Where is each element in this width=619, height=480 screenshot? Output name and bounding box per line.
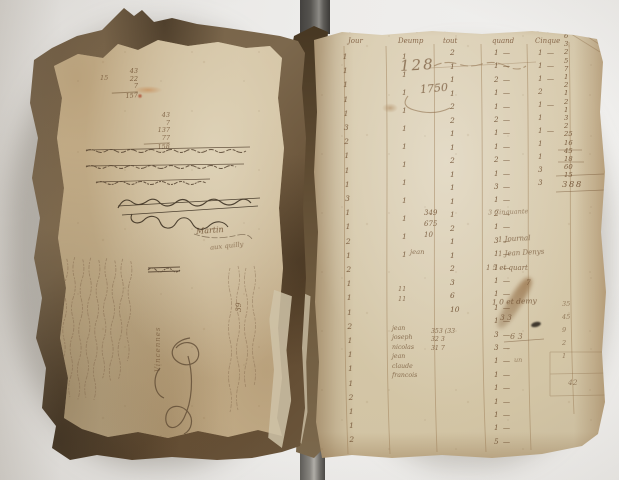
struck-out-lines bbox=[86, 147, 250, 185]
name-entry: jean bbox=[392, 324, 417, 333]
ledger-mark: 2 bbox=[346, 263, 351, 277]
ledger-mark: 1 bbox=[346, 220, 351, 234]
ledger-mark: 1 — bbox=[494, 86, 511, 99]
ledger-mark: 3 — bbox=[494, 328, 511, 341]
margin-number: 2 bbox=[562, 337, 570, 350]
monogram-flourish bbox=[155, 338, 199, 434]
faint-header-4: quand bbox=[494, 28, 511, 34]
martin-flourish bbox=[194, 234, 252, 239]
mid-sum: 349 bbox=[424, 208, 437, 219]
ledger-mark: 3 bbox=[538, 163, 555, 176]
margin-number: 1 bbox=[564, 106, 573, 114]
ledger-mark: 1 bbox=[345, 206, 350, 220]
ledger-mark: 1 — bbox=[494, 126, 511, 139]
ledger-mark: 1 bbox=[538, 150, 555, 163]
ledger-mark: 1 bbox=[450, 168, 460, 182]
ledger-mark: 1 bbox=[450, 249, 460, 263]
margin-number: 18 bbox=[564, 155, 573, 163]
annotation-63: 6 3 bbox=[510, 332, 523, 341]
name-sum: 353 (33 bbox=[431, 328, 455, 336]
faded-vertical-script-right bbox=[229, 266, 256, 412]
ledger-mark: 2 bbox=[450, 100, 460, 114]
ledger-mark: 2 bbox=[450, 154, 460, 168]
margin-number: 6 bbox=[564, 32, 573, 40]
margin-number: 2 bbox=[564, 48, 573, 56]
ledger-mark: 1 bbox=[450, 73, 460, 87]
ledger-mark: 1 bbox=[402, 156, 407, 174]
ledger-mark: 1 — bbox=[538, 59, 555, 72]
margin-number: 2 bbox=[564, 98, 573, 106]
ledger-mark: 2 bbox=[450, 114, 460, 128]
heavy-signature-scribble bbox=[118, 198, 260, 229]
ledger-mark: 2 — bbox=[494, 153, 511, 166]
faint-header-3: tout bbox=[444, 28, 455, 34]
ledger-mark: 1 bbox=[346, 249, 351, 263]
ledger-mark: 1 bbox=[344, 107, 349, 121]
ledger-mark: 2 bbox=[450, 46, 460, 60]
ledger-mark: 1 — bbox=[494, 167, 511, 180]
ledger-mark: 1 bbox=[348, 362, 353, 376]
left-page-ink-scribbles-svg bbox=[48, 38, 286, 444]
ledger-mark: 2 bbox=[348, 391, 353, 405]
margin-number: 15 bbox=[564, 171, 573, 179]
ledger-mark: 1 bbox=[347, 291, 352, 305]
ledger-mark: 1 — bbox=[494, 140, 511, 153]
ledger-mark: 1 bbox=[402, 102, 407, 120]
mid-sum: 10 bbox=[424, 230, 437, 241]
faint-header-2: Deump bbox=[400, 28, 420, 34]
ledger-mark: 1 — bbox=[538, 46, 555, 59]
left-page-cover: 15 43 22 7 157 43 7 137 77 158 Martin au… bbox=[22, 8, 307, 468]
ledger-mark: 1 bbox=[343, 93, 348, 107]
annotation-et-demy: 1 0 et demy bbox=[492, 296, 537, 307]
ledger-column-2: 111111111111 bbox=[402, 48, 407, 264]
ledger-mark: 3 bbox=[538, 176, 555, 189]
ledger-mark: 1 — bbox=[538, 98, 555, 111]
ledger-mark: 3 — bbox=[494, 341, 511, 354]
name-entry: claude bbox=[392, 362, 417, 371]
margin-number: 1 bbox=[564, 89, 573, 97]
ledger-mark: 1 — bbox=[494, 354, 511, 367]
ledger-column-2-sub: 1111 bbox=[398, 284, 406, 304]
ledger-mark: 2 bbox=[344, 135, 349, 149]
ledger-mark: 2 bbox=[347, 320, 352, 334]
ledger-mark: 1 bbox=[402, 84, 407, 102]
name-sum: 31 7 bbox=[431, 345, 455, 353]
name-entry: nicolas bbox=[392, 343, 417, 352]
ledger-mark: 1 bbox=[344, 149, 349, 163]
annotation-jean: jean bbox=[410, 248, 425, 256]
ledger-mark: 1 — bbox=[494, 220, 511, 233]
margin-number: 45 bbox=[562, 311, 570, 324]
ledger-mark: 1 bbox=[402, 48, 407, 66]
ledger-mark: 1 — bbox=[494, 59, 511, 72]
ledger-mark: 2 — bbox=[494, 113, 511, 126]
ledger-mark: 2 bbox=[346, 235, 351, 249]
ledger-mark: 1 bbox=[450, 181, 460, 195]
ledger-mark: 1 bbox=[450, 235, 460, 249]
ledger-mark: 1 — bbox=[494, 46, 511, 59]
annotation-un: un bbox=[514, 356, 522, 364]
ledger-mark: 1 — bbox=[494, 193, 511, 206]
faded-vertical-script-block bbox=[60, 257, 132, 401]
ledger-column-5: 1 —1 —1 —21 —11 —1133 bbox=[538, 46, 555, 189]
ledger-mark: 3 bbox=[450, 276, 460, 290]
left-page-parchment: 15 43 22 7 157 43 7 137 77 158 Martin au… bbox=[48, 38, 286, 444]
ledger-mark: 1 — bbox=[494, 421, 511, 434]
margin-number: 25 bbox=[564, 130, 573, 138]
ledger-mark: 2 bbox=[538, 85, 555, 98]
ledger-mark: 1 bbox=[450, 60, 460, 74]
photo-of-open-manuscript: 15 43 22 7 157 43 7 137 77 158 Martin au… bbox=[0, 0, 619, 480]
ledger-mark: 1 — bbox=[494, 408, 511, 421]
margin-number: 1 bbox=[564, 73, 573, 81]
column-header-jour: Jour bbox=[348, 37, 363, 45]
ledger-mark: 1 bbox=[343, 64, 348, 78]
margin-number: 3 bbox=[564, 40, 573, 48]
ledger-mark: 1 — bbox=[494, 100, 511, 113]
name-entry: francois bbox=[392, 371, 417, 380]
ledger-mark: 1 bbox=[345, 164, 350, 178]
year-1750: 1750 bbox=[419, 81, 448, 96]
mid-sums: 34967510 bbox=[424, 208, 437, 241]
ledger-mark: 1 bbox=[348, 377, 353, 391]
margin-number: 45 bbox=[564, 147, 573, 155]
ledger-mark: 1 bbox=[402, 174, 407, 192]
ledger-column-4: 1 —1 —2 —1 —1 —2 —1 —1 —2 —1 —3 —1 —2 —1… bbox=[494, 46, 511, 448]
margin-number: 60 bbox=[564, 163, 573, 171]
ledger-mark: 1 bbox=[450, 87, 460, 101]
ledger-column-3: 211122112111121123610 bbox=[450, 46, 460, 316]
margin-number: 35 bbox=[562, 298, 570, 311]
name-entry: jean bbox=[392, 352, 417, 361]
crossed-out-word bbox=[148, 267, 180, 272]
margin-number: 2 bbox=[564, 122, 573, 130]
faint-header-1: Jour bbox=[350, 28, 362, 34]
ledger-mark: 1 bbox=[345, 178, 350, 192]
ledger-mark: 1 — bbox=[538, 72, 555, 85]
ledger-mark: 1 bbox=[348, 348, 353, 362]
right-page-ledger: Jour Deump tout quand Cinque Jour Deump … bbox=[312, 22, 610, 460]
name-entry: joseph bbox=[392, 333, 417, 342]
ledger-mark: 2 — bbox=[494, 73, 511, 86]
column-header-quand: quand bbox=[492, 37, 514, 45]
name-sum: 32 3 bbox=[431, 336, 455, 344]
ledger-mark: 1 — bbox=[494, 368, 511, 381]
corner-hatch-lines bbox=[568, 26, 605, 52]
ledger-mark: 10 bbox=[450, 303, 460, 317]
name-sums: 353 (3332 331 7 bbox=[431, 328, 455, 353]
ledger-mark: 1 bbox=[450, 208, 460, 222]
margin-number: 9 bbox=[562, 324, 570, 337]
ledger-mark: 2 bbox=[450, 222, 460, 236]
column-header-cinque: Cinque bbox=[535, 37, 560, 45]
ledger-mark: 1 bbox=[450, 127, 460, 141]
margin-total-388: 388 bbox=[562, 180, 583, 190]
mid-sum: 675 bbox=[424, 219, 437, 230]
ledger-mark: 1 bbox=[450, 195, 460, 209]
margin-number: 7 bbox=[564, 65, 573, 73]
ledger-mark: 1 — bbox=[494, 395, 511, 408]
box-value-42: 42 bbox=[568, 378, 578, 387]
ledger-mark: 2 bbox=[349, 433, 354, 447]
ledger-mark: 11 bbox=[398, 284, 406, 294]
ledger-mark: 1 — bbox=[494, 274, 511, 287]
margin-number: 1 bbox=[562, 350, 570, 363]
ledger-mark: 1 bbox=[538, 111, 555, 124]
ledger-mark: 3 — bbox=[494, 180, 511, 193]
ledger-mark: 1 bbox=[349, 419, 354, 433]
ledger-mark: 1 bbox=[402, 192, 407, 210]
ledger-mark: 1 bbox=[402, 210, 407, 228]
column-header-tout: tout bbox=[443, 37, 457, 45]
ledger-mark: 1 bbox=[347, 306, 352, 320]
ledger-mark: 1 bbox=[402, 120, 407, 138]
ledger-mark: 1 bbox=[347, 334, 352, 348]
ledger-mark: 1 bbox=[402, 66, 407, 84]
ledger-mark: 1 bbox=[346, 277, 351, 291]
bottom-right-box bbox=[550, 352, 606, 396]
ledger-mark: 1 bbox=[402, 246, 407, 264]
names-column: jeanjosephnicolasjeanclaudefrancois bbox=[392, 324, 417, 380]
margin-number: 5 bbox=[564, 57, 573, 65]
ledger-mark: 1 bbox=[343, 78, 348, 92]
margin-number: 16 bbox=[564, 139, 573, 147]
margin-lower-numbers: 3545921 bbox=[562, 298, 570, 363]
ledger-mark: 1 bbox=[349, 405, 354, 419]
ledger-mark: 11 bbox=[398, 294, 406, 304]
annotation-seven: 7 bbox=[526, 278, 531, 287]
ledger-mark: 1 — bbox=[494, 381, 511, 394]
ledger-mark: 6 bbox=[450, 289, 460, 303]
ledger-mark: 3 bbox=[345, 192, 350, 206]
annotation-et-quart: 1 5 et quart bbox=[486, 264, 528, 272]
ledger-mark: 5 — bbox=[494, 435, 511, 448]
ledger-mark: 1 bbox=[402, 228, 407, 246]
ledger-mark: 1 bbox=[538, 137, 555, 150]
margin-number: 2 bbox=[564, 81, 573, 89]
ledger-mark: 2 bbox=[450, 262, 460, 276]
annotation-journal: 1 Journal bbox=[498, 234, 531, 244]
ledger-mark: 1 bbox=[450, 141, 460, 155]
margin-number: 3 bbox=[564, 114, 573, 122]
ledger-mark: 1 — bbox=[538, 124, 555, 137]
faint-header-5: Cinque bbox=[536, 28, 556, 34]
ledger-mark: 3 bbox=[344, 121, 349, 135]
column-header-deump: Deump bbox=[398, 37, 423, 45]
ledger-mark: 1 bbox=[402, 138, 407, 156]
annotation-cinquante: 3 Cinquante bbox=[488, 207, 529, 216]
annotation-33: 3 3 bbox=[500, 313, 512, 322]
ledger-mark: 1 bbox=[343, 50, 348, 64]
margin-number-column: 632571212132251645186015 bbox=[564, 32, 573, 180]
